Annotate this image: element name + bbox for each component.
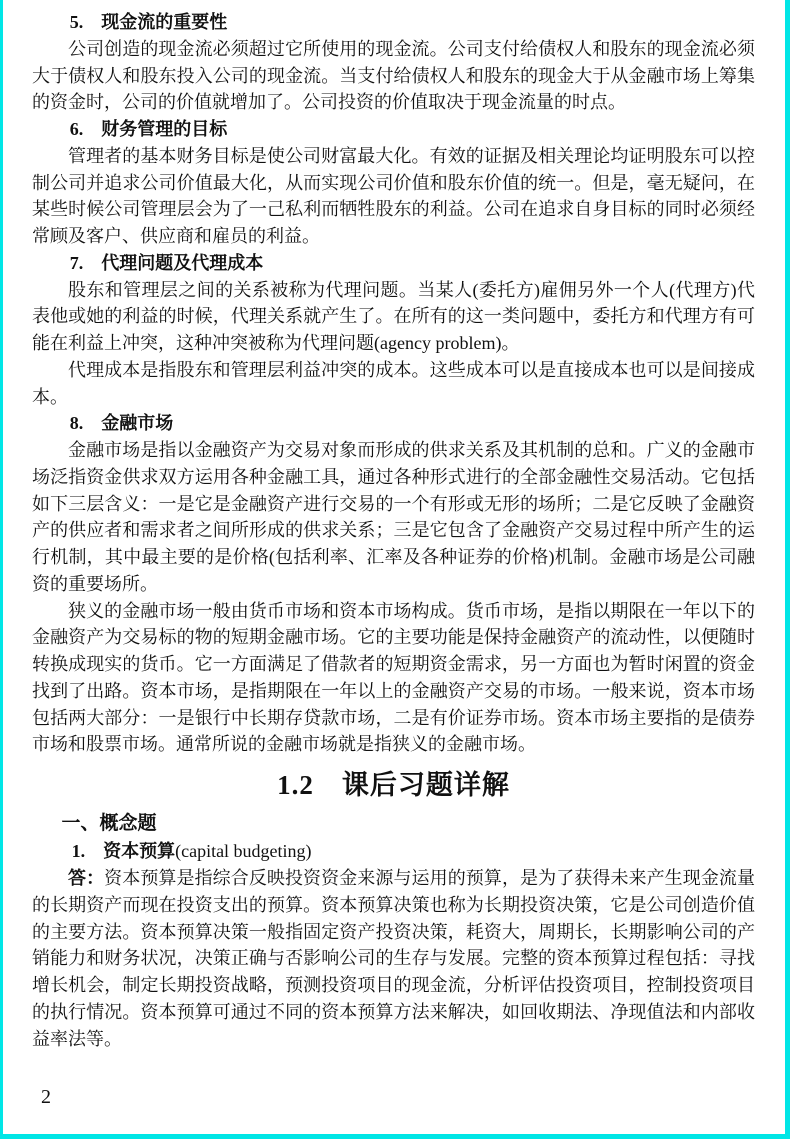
question-heading-capital-budgeting: 1. 资本预算(capital budgeting) <box>32 838 755 865</box>
part-heading-concept-questions: 一、概念题 <box>32 810 755 838</box>
page-number: 2 <box>41 1086 51 1109</box>
section-7: 7. 代理问题及代理成本 股东和管理层之间的关系被称为代理问题。当某人(委托方)… <box>32 250 755 411</box>
paragraph: 股东和管理层之间的关系被称为代理问题。当某人(委托方)雇佣另外一个人(代理方)代… <box>32 277 755 357</box>
answer-label: 答： <box>68 868 104 888</box>
section-5: 5. 现金流的重要性 公司创造的现金流必须超过它所使用的现金流。公司支付给债权人… <box>32 9 755 116</box>
section-8: 8. 金融市场 金融市场是指以金融资产为交易对象而形成的供求关系及其机制的总和。… <box>32 410 755 758</box>
section-6: 6. 财务管理的目标 管理者的基本财务目标是使公司财富最大化。有效的证据及相关理… <box>32 116 755 250</box>
document-page: 5. 现金流的重要性 公司创造的现金流必须超过它所使用的现金流。公司支付给债权人… <box>0 0 790 1139</box>
chapter-section-title: 1.2 课后习题详解 <box>32 766 755 804</box>
section-heading-financial-management-goal: 6. 财务管理的目标 <box>32 116 755 143</box>
paragraph: 代理成本是指股东和管理层利益冲突的成本。这些成本可以是直接成本也可以是间接成本。 <box>32 357 755 411</box>
section-heading-agency-problem: 7. 代理问题及代理成本 <box>32 250 755 277</box>
question-english-term: (capital budgeting) <box>175 841 311 861</box>
section-heading-financial-markets: 8. 金融市场 <box>32 410 755 437</box>
paragraph: 管理者的基本财务目标是使公司财富最大化。有效的证据及相关理论均证明股东可以控制公… <box>32 143 755 250</box>
paragraph: 金融市场是指以金融资产为交易对象而形成的供求关系及其机制的总和。广义的金融市场泛… <box>32 437 755 598</box>
page-edge-right <box>785 0 790 1139</box>
page-edge-bottom <box>0 1134 790 1139</box>
question-number-title: 1. 资本预算 <box>72 841 176 861</box>
paragraph: 狭义的金融市场一般由货币市场和资本市场构成。货币市场，是指以期限在一年以下的金融… <box>32 598 755 759</box>
page-content: 5. 现金流的重要性 公司创造的现金流必须超过它所使用的现金流。公司支付给债权人… <box>32 9 755 1052</box>
section-heading-cash-flow-importance: 5. 现金流的重要性 <box>32 9 755 36</box>
answer-text: 资本预算是指综合反映投资资金来源与运用的预算，是为了获得未来产生现金流量的长期资… <box>32 868 755 1049</box>
paragraph: 公司创造的现金流必须超过它所使用的现金流。公司支付给债权人和股东的现金流必须大于… <box>32 36 755 116</box>
page-edge-left <box>0 0 3 1139</box>
answer-paragraph: 答：资本预算是指综合反映投资资金来源与运用的预算，是为了获得未来产生现金流量的长… <box>32 865 755 1052</box>
